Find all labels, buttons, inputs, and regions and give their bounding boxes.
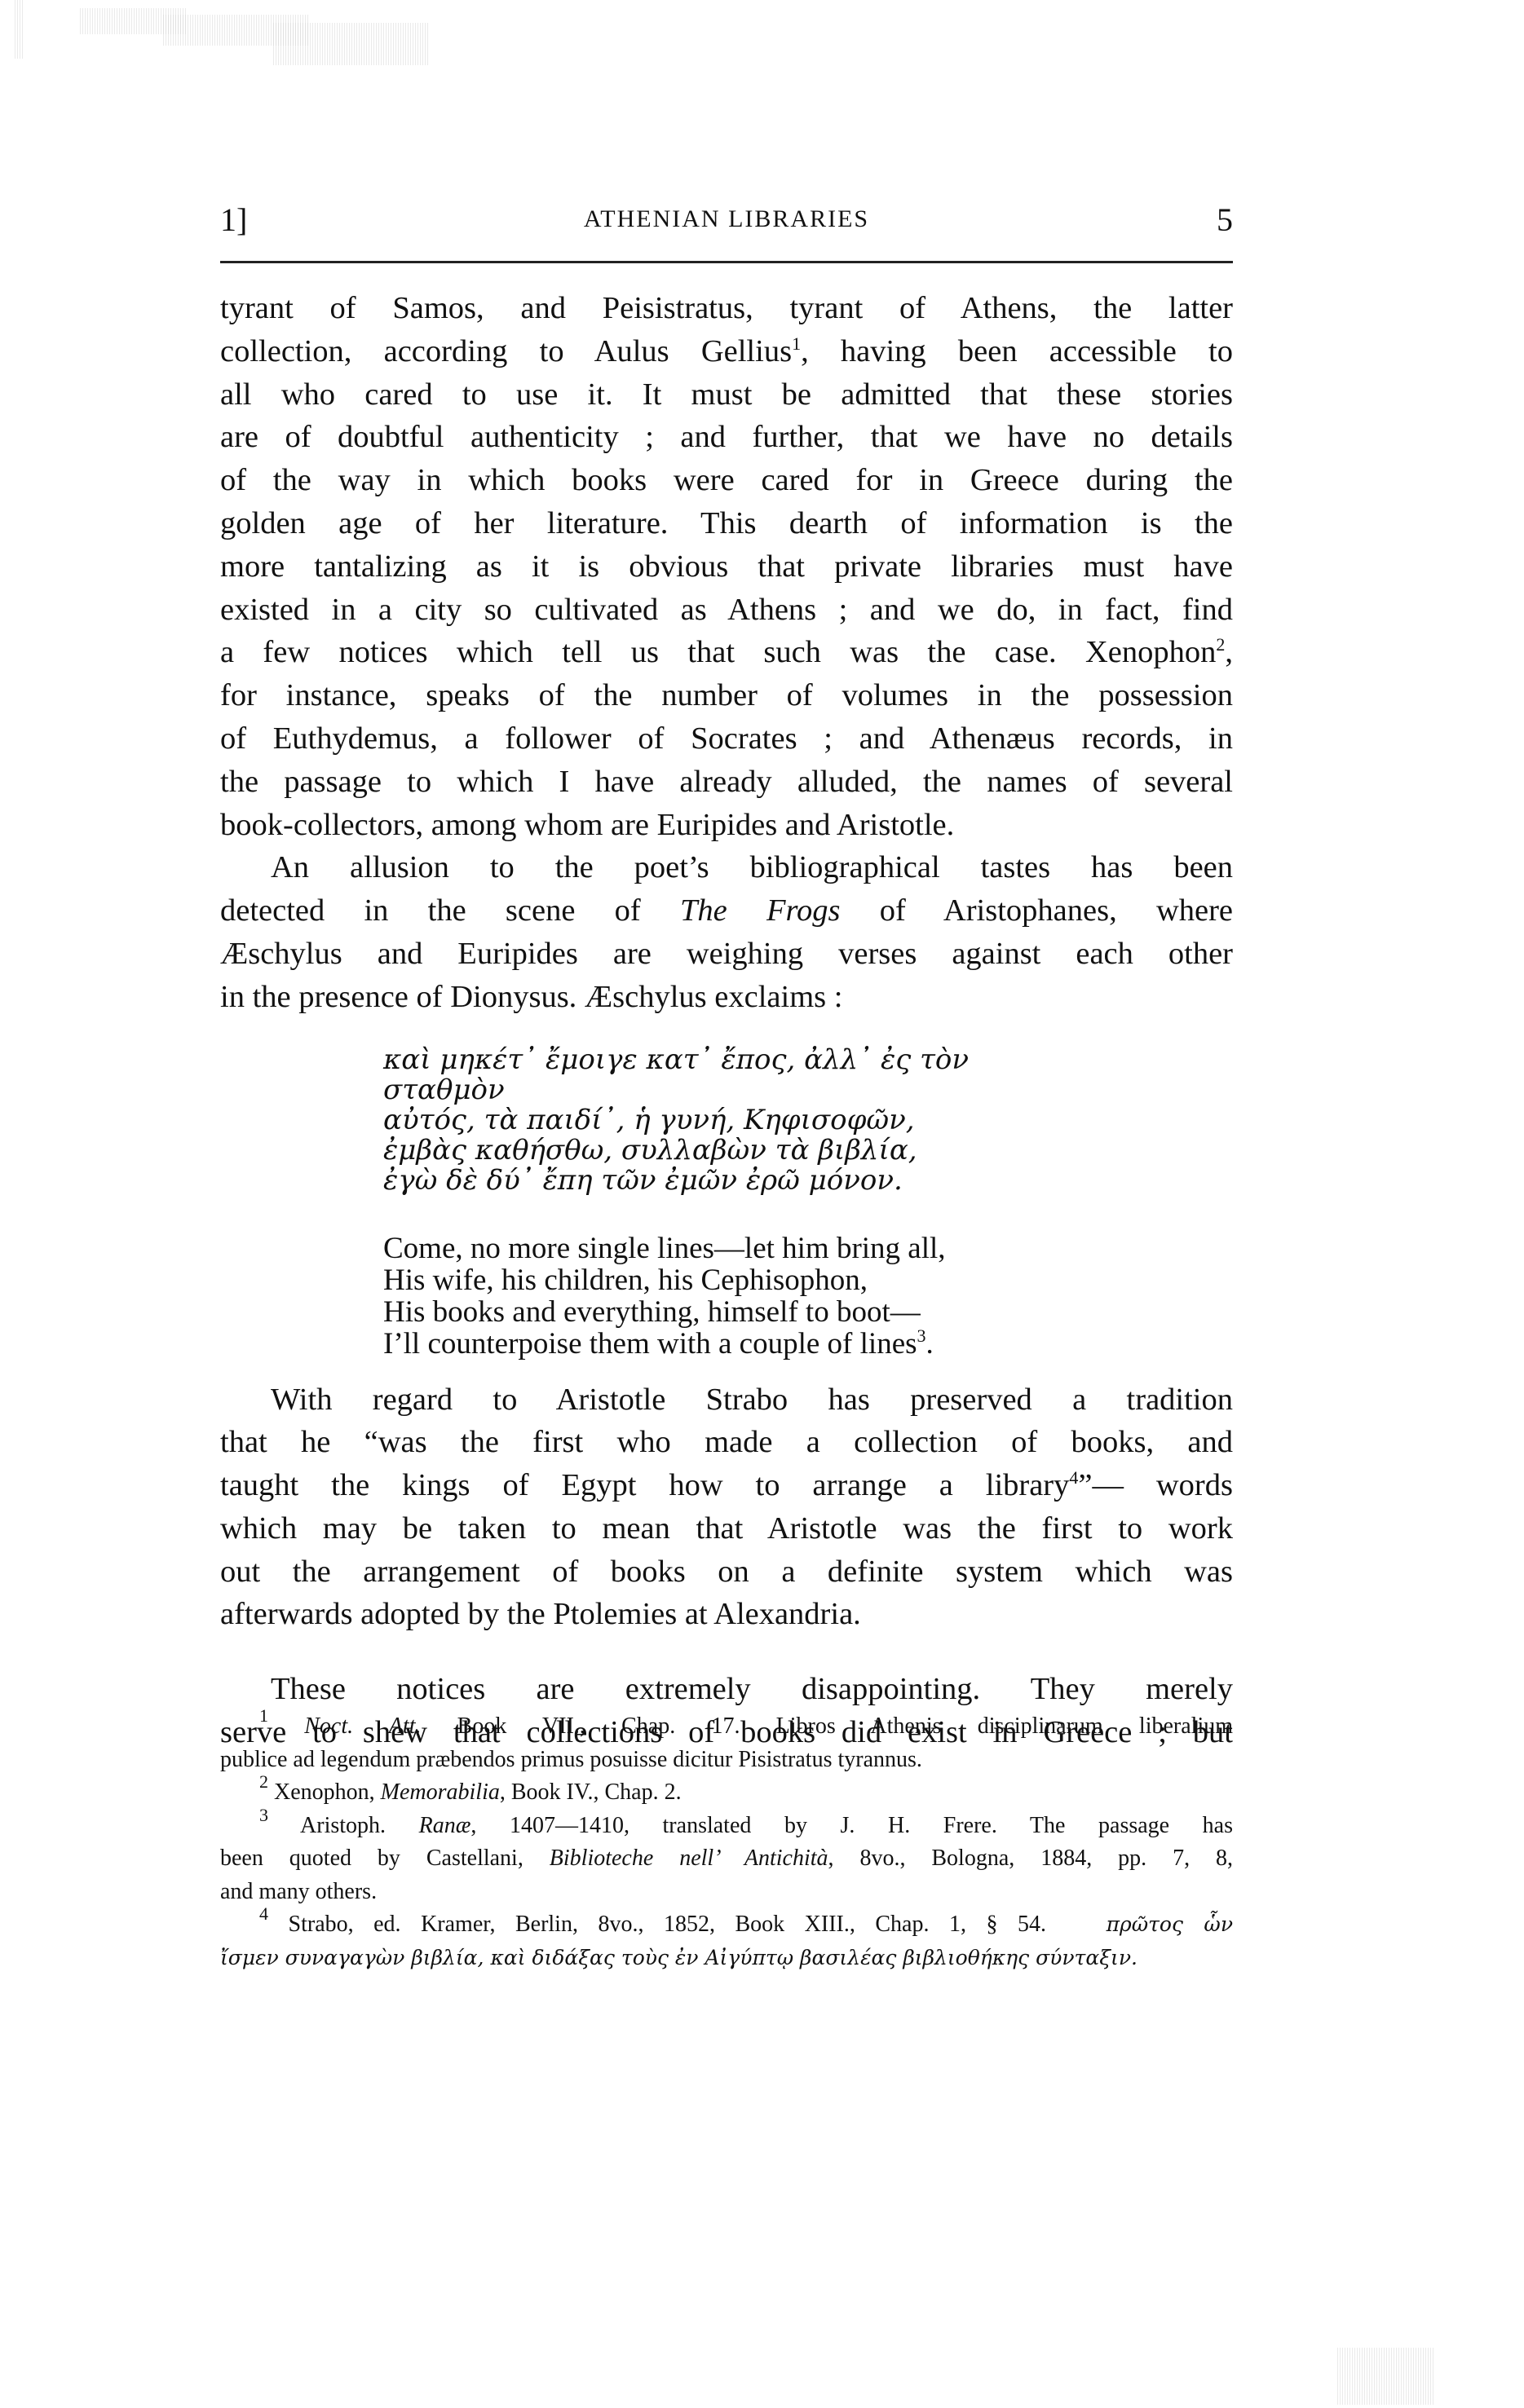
scan-artifact-bottom-right [1337,2348,1435,2405]
footnote-ref[interactable]: 3 [917,1325,926,1346]
text-line: out the arrangement of books on a defini… [220,1550,1233,1594]
paragraph-1: tyrant of Samos, and Peisistratus, tyran… [220,287,1233,846]
paragraph-3: With regard to Aristotle Strabo has pres… [220,1378,1233,1637]
text-line: book-collectors, among whom are Euripide… [220,804,1233,847]
text-line: of the way in which books were cared for… [220,459,1233,502]
verse-line: καὶ μηκέτ᾽ ἔμοιγε κατ᾽ ἔπος, ἀλλ᾽ ἐς τὸν… [383,1045,1084,1105]
verse-line: ἐμβὰς καθήσθω, συλλαβὼν τὰ βιβλία, [383,1136,1084,1166]
verse-line: Come, no more single lines—let him bring… [383,1233,1117,1264]
footnote-4-cont: ἴσμεν συναγαγὼν βιβλία, καὶ διδάξας τοὺς… [220,1942,1233,1975]
text-line: all who cared to use it. It must be admi… [220,373,1233,417]
running-head: 1] ATHENIAN LIBRARIES 5 [220,201,1233,241]
text-line: for instance, speaks of the number of vo… [220,674,1233,717]
text-line: taught the kings of Egypt how to arrange… [220,1464,1233,1507]
paragraph-2: An allusion to the poet’s bibliographica… [220,846,1233,1018]
text-line: An allusion to the poet’s bibliographica… [220,846,1233,889]
text-line: are of doubtful authenticity ; and furth… [220,416,1233,459]
footnote-2: 2 Xenophon, Memorabilia, Book IV., Chap.… [220,1776,1233,1810]
scan-artifact-left [15,0,23,59]
text-line: the passage to which I have already allu… [220,761,1233,804]
footnote-1-cont: publice ad legendum præbendos primus pos… [220,1744,1233,1777]
footnote-ref[interactable]: 1 [792,333,801,354]
text-line: golden age of her literature. This deart… [220,502,1233,545]
text-line: which may be taken to mean that Aristotl… [220,1507,1233,1550]
text-line: These notices are extremely disappointin… [220,1668,1233,1711]
text-line: in the presence of Dionysus. Æschylus ex… [220,976,1233,1019]
text-line: a few notices which tell us that such wa… [220,631,1233,674]
verse-translation: Come, no more single lines—let him bring… [383,1233,1117,1360]
footnote-4: 4 Strabo, ed. Kramer, Berlin, 8vo., 1852… [220,1908,1233,1942]
text-line: existed in a city so cultivated as Athen… [220,589,1233,632]
text-line: tyrant of Samos, and Peisistratus, tyran… [220,287,1233,330]
footnote-ref[interactable]: 4 [1069,1467,1078,1488]
footnote-3-cont: and many others. [220,1876,1233,1909]
footnote-3-cont: been quoted by Castellani, Biblioteche n… [220,1842,1233,1876]
verse-line: His wife, his children, his Cephisophon, [383,1264,1117,1296]
text-line: With regard to Aristotle Strabo has pres… [220,1378,1233,1422]
scan-artifact-top-right [273,23,428,65]
body-text-top: tyrant of Samos, and Peisistratus, tyran… [220,287,1233,1019]
text-line: afterwards adopted by the Ptolemies at A… [220,1593,1233,1636]
text-line: Æschylus and Euripides are weighing vers… [220,933,1233,976]
running-title: ATHENIAN LIBRARIES [220,205,1233,233]
work-title: The Frogs [680,893,841,928]
footnote-ref[interactable]: 2 [1216,634,1225,655]
verse-line: αὐτός, τὰ παιδί᾽, ἡ γυνή, Κηφισοφῶν, [383,1105,1084,1136]
greek-quotation: καὶ μηκέτ᾽ ἔμοιγε κατ᾽ ἔπος, ἀλλ᾽ ἐς τὸν… [383,1045,1084,1196]
footnotes: 1 Noct. Att. Book VII., Chap. 17. Libros… [220,1710,1233,1974]
footnote-1: 1 Noct. Att. Book VII., Chap. 17. Libros… [220,1710,1233,1744]
page-number: 5 [1217,201,1233,239]
text-line: that he “was the first who made a collec… [220,1421,1233,1464]
verse-line: ἐγὼ δὲ δύ᾽ ἔπη τῶν ἐμῶν ἐρῶ μόνον. [383,1166,1084,1196]
footnote-3: 3 Aristoph. Ranæ, 1407—1410, translated … [220,1810,1233,1843]
text-line: of Euthydemus, a follower of Socrates ; … [220,717,1233,761]
text-line: more tantalizing as it is obvious that p… [220,545,1233,589]
header-rule [220,261,1233,263]
text-line: collection, according to Aulus Gellius1,… [220,330,1233,373]
verse-line: His books and everything, himself to boo… [383,1296,1117,1328]
text-line: detected in the scene of The Frogs of Ar… [220,889,1233,933]
